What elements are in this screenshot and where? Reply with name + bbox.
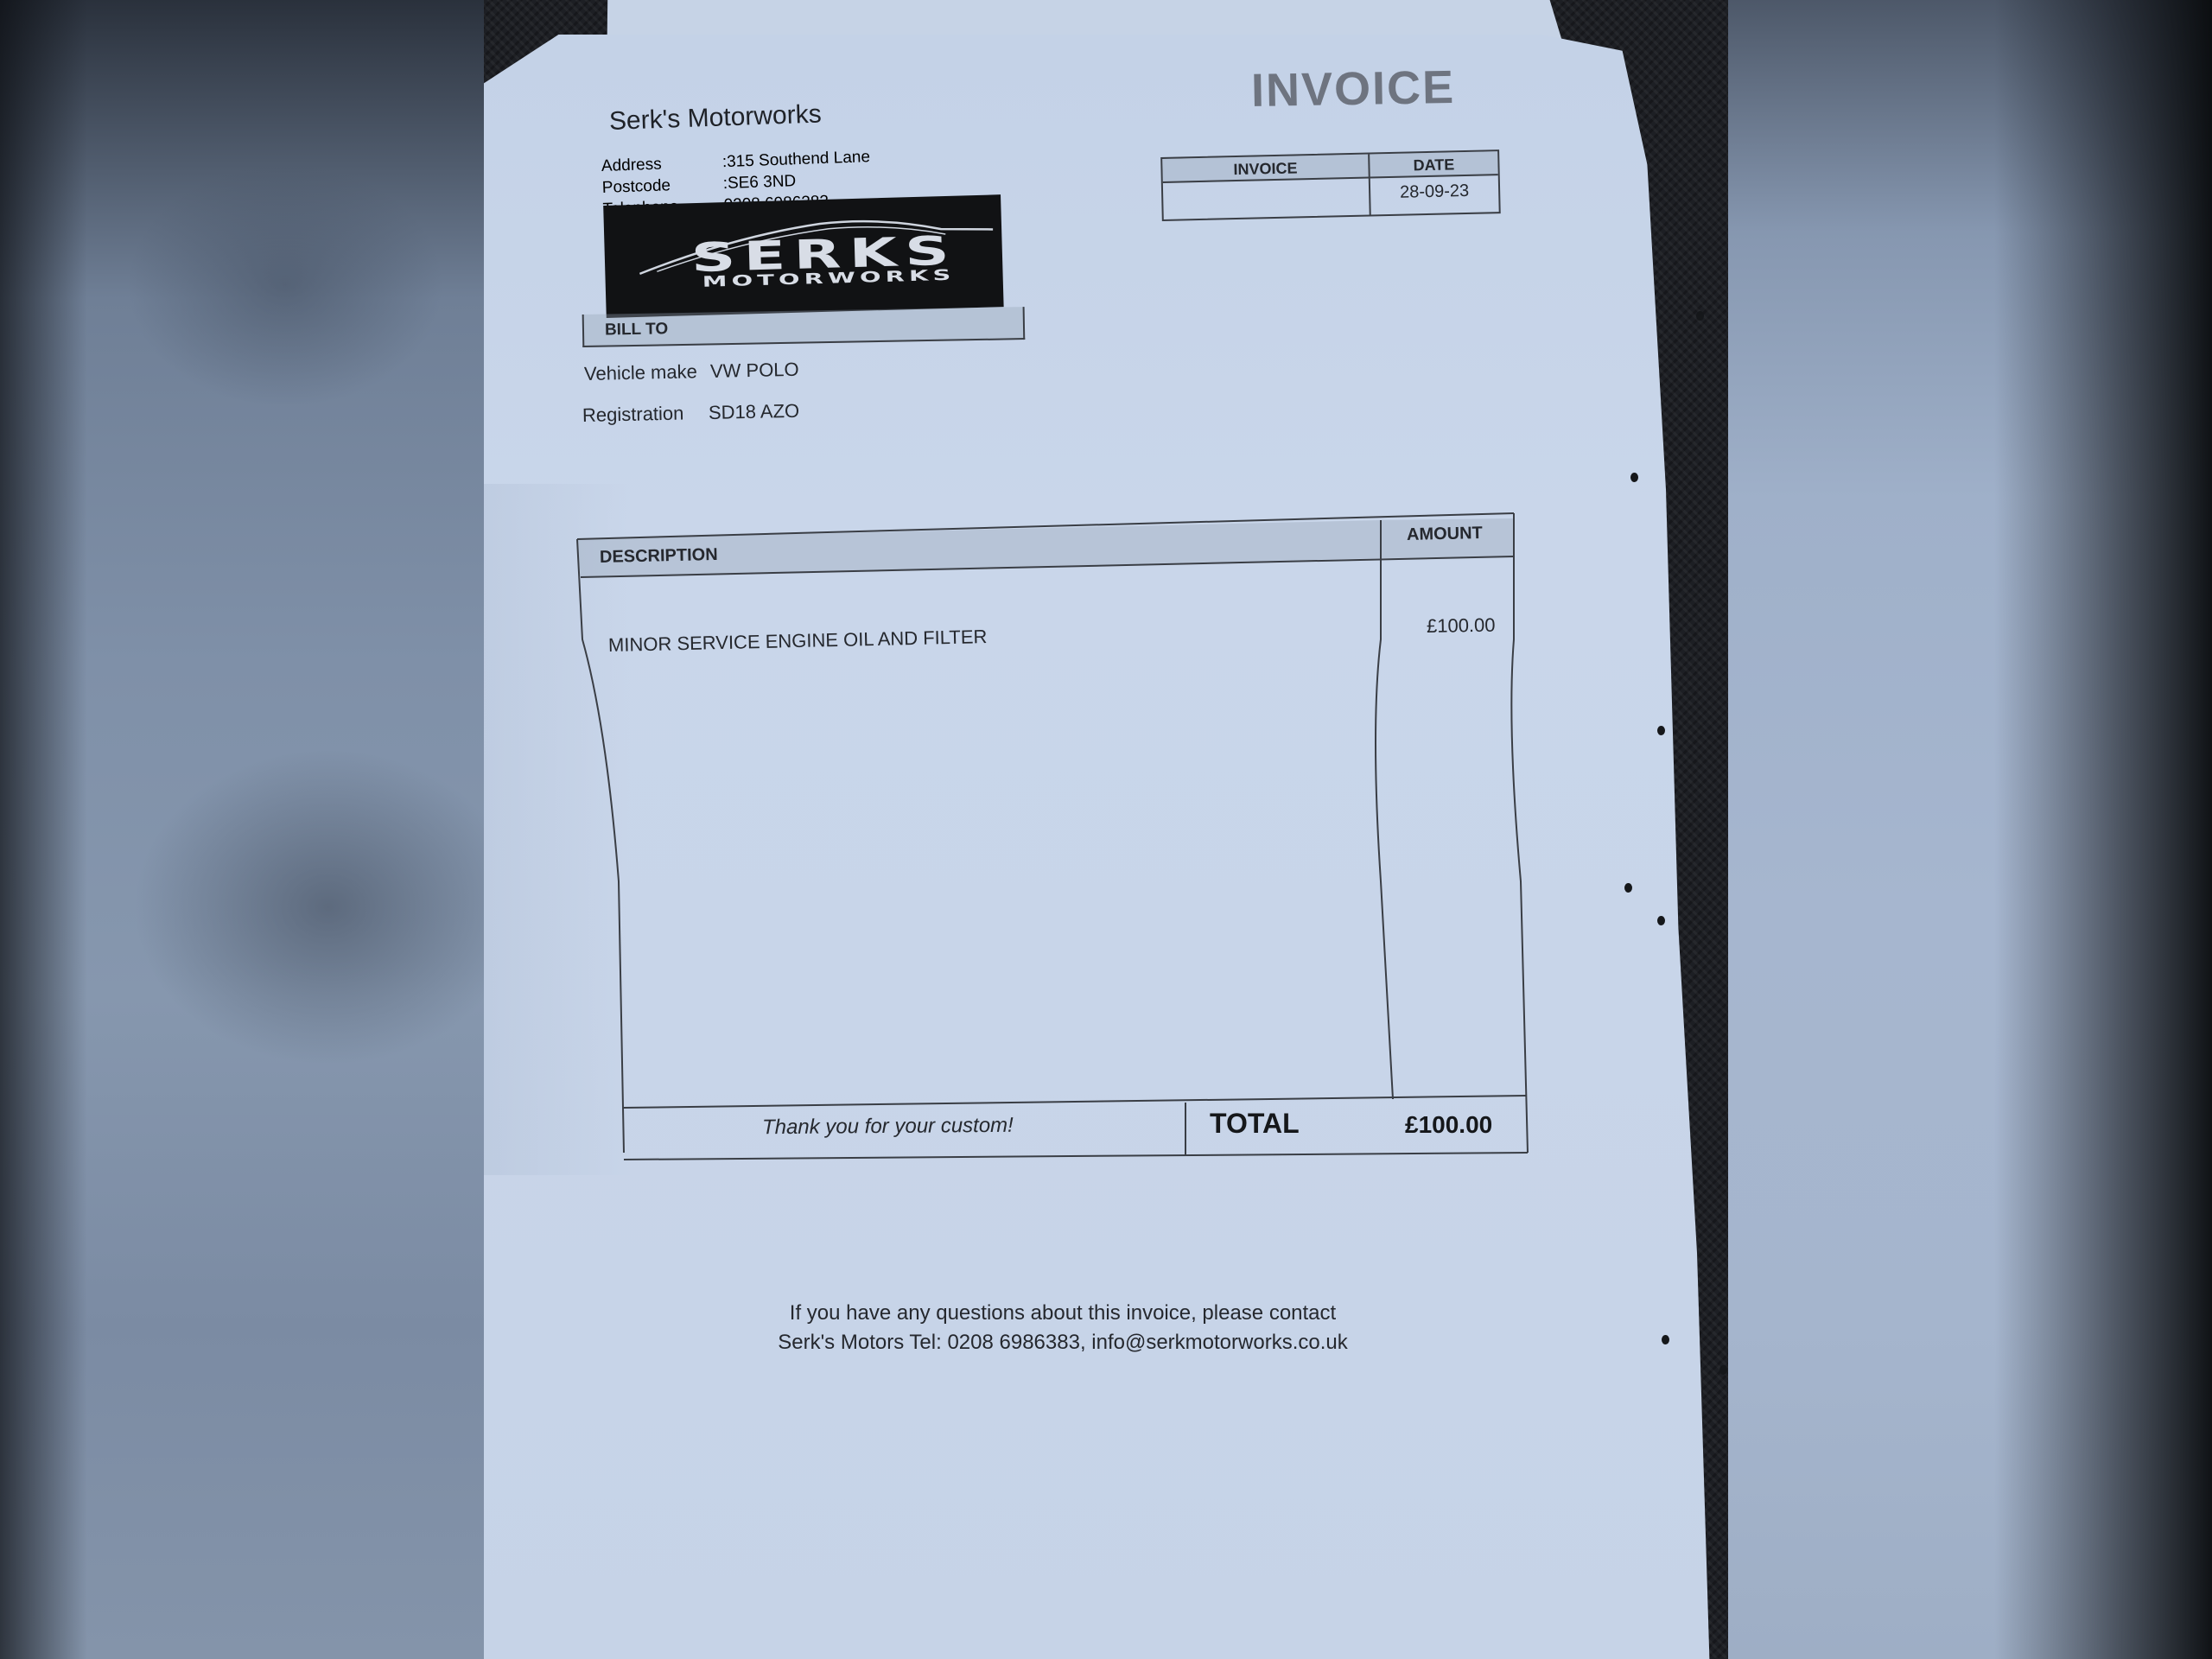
total-value: £100.00	[1405, 1111, 1492, 1139]
column-header-description: DESCRIPTION	[600, 545, 718, 568]
line-item-amount: £100.00	[1427, 614, 1496, 638]
paper-mark	[1696, 311, 1704, 321]
paper-mark	[1719, 1365, 1727, 1375]
company-logo: SERKS MOTORWORKS	[603, 194, 1003, 318]
vehicle-make-value: VW POLO	[710, 359, 799, 382]
footer-line-2: Serk's Motors Tel: 0208 6986383, info@se…	[760, 1331, 1365, 1355]
total-label: TOTAL	[1210, 1108, 1300, 1140]
bill-to-label: BILL TO	[605, 320, 669, 340]
postcode-label: Postcode	[601, 176, 671, 198]
footer-line-1: If you have any questions about this inv…	[760, 1301, 1365, 1325]
vehicle-make-row: Vehicle makeVW POLO	[584, 359, 799, 385]
address-value: :315 Southend Lane	[722, 148, 871, 172]
paper-mark	[1624, 883, 1632, 893]
registration-label: Registration	[582, 402, 709, 427]
registration-value: SD18 AZO	[709, 400, 800, 423]
vehicle-make-label: Vehicle make	[584, 360, 711, 385]
date-header: DATE	[1370, 155, 1497, 175]
paper-mark	[1657, 916, 1665, 925]
postcode-value: :SE6 3ND	[722, 172, 796, 194]
thank-you-message: Thank you for your custom!	[762, 1114, 1014, 1141]
document-title: INVOICE	[1250, 60, 1455, 118]
date-value: 28-09-23	[1370, 181, 1498, 203]
items-table: DESCRIPTION AMOUNT MINOR SERVICE ENGINE …	[577, 518, 1514, 1153]
paper-mark	[1630, 473, 1638, 482]
address-label: Address	[601, 156, 662, 176]
blurred-background-left	[0, 0, 484, 1659]
blurred-background-right	[1728, 0, 2212, 1659]
paper-mark	[1657, 726, 1665, 735]
registration-row: RegistrationSD18 AZO	[582, 400, 800, 427]
invoice-meta-table: INVOICE DATE 28-09-23	[1160, 149, 1501, 221]
items-table-grid	[577, 518, 1514, 1153]
paper-mark	[1662, 1335, 1669, 1344]
invoice-number-value	[1163, 184, 1369, 188]
column-header-amount: AMOUNT	[1407, 524, 1483, 545]
